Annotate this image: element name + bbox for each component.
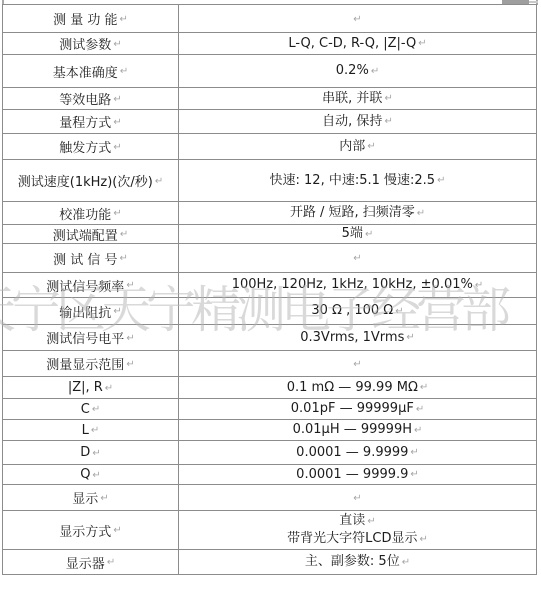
row-label: L — [82, 423, 89, 438]
row-value-cell: 0.1 mΩ — 99.99 MΩ↵ — [179, 377, 536, 398]
table-row: 测试参数↵L-Q, C-D, R-Q, |Z|-Q↵ — [3, 33, 536, 55]
row-label-cell: 测试速度(1kHz)(次/秒)↵ — [3, 160, 179, 201]
row-value: 30 Ω , 100 Ω — [311, 302, 393, 320]
paragraph-mark-icon: ↵ — [419, 535, 427, 545]
row-label: 输出阻抗 — [59, 302, 111, 321]
paragraph-mark-icon: ↵ — [120, 254, 128, 264]
paragraph-mark-icon: ↵ — [416, 405, 424, 415]
row-value-cell: L-Q, C-D, R-Q, |Z|-Q↵ — [179, 33, 536, 54]
paragraph-mark-icon: ↵ — [353, 15, 361, 25]
paragraph-mark-icon: ↵ — [418, 39, 426, 49]
paragraph-mark-icon: ↵ — [353, 254, 361, 264]
scrollbar-fragment-icon — [529, 1, 538, 3]
row-value: 0.3Vrms, 1Vrms — [300, 329, 404, 347]
paragraph-mark-icon: ↵ — [105, 384, 113, 394]
table-row: 显示器↵主、副参数: 5位↵ — [3, 550, 536, 574]
paragraph-mark-icon: ↵ — [113, 307, 121, 317]
row-value-cell: 串联, 并联↵ — [179, 88, 536, 109]
row-label: 显示方式 — [59, 521, 111, 540]
paragraph-mark-icon: ↵ — [353, 360, 361, 370]
row-label: 测 试 信 号 — [53, 249, 117, 268]
paragraph-mark-icon: ↵ — [113, 95, 121, 105]
row-value-cell: 30 Ω , 100 Ω↵ — [179, 298, 536, 324]
row-label-cell: 等效电路↵ — [3, 88, 179, 109]
paragraph-mark-icon: ↵ — [384, 117, 392, 127]
paragraph-mark-icon: ↵ — [155, 177, 163, 187]
row-value-cell: 自动, 保持↵ — [179, 110, 536, 133]
row-label-cell: L↵ — [3, 420, 179, 440]
row-value: 5端 — [342, 225, 363, 243]
table-row: 测 量 功 能↵↵ — [3, 5, 536, 33]
row-value-cell: ↵ — [179, 244, 536, 272]
paragraph-mark-icon: ↵ — [410, 448, 418, 458]
paragraph-mark-icon: ↵ — [417, 209, 425, 219]
row-value: 带背光大字符LCD显示 — [287, 530, 417, 548]
table-row: 量程方式↵自动, 保持↵ — [3, 110, 536, 134]
paragraph-mark-icon: ↵ — [420, 383, 428, 393]
row-label: 触发方式 — [59, 137, 111, 156]
row-value: 0.0001 — 9.9999 — [296, 444, 408, 462]
row-label: D — [80, 445, 90, 460]
paragraph-mark-icon: ↵ — [367, 142, 375, 152]
table-row: L↵0.01μH — 99999H↵ — [3, 420, 536, 441]
table-row: 校准功能↵开路 / 短路, 扫频清零↵ — [3, 202, 536, 225]
row-value: 0.0001 — 9999.9 — [296, 466, 408, 484]
paragraph-mark-icon: ↵ — [475, 281, 483, 291]
table-row: 测试端配置↵5端↵ — [3, 225, 536, 244]
table-row: 显示↵↵ — [3, 485, 536, 511]
row-label-cell: |Z|, R↵ — [3, 377, 179, 398]
row-label-cell: 量程方式↵ — [3, 110, 179, 133]
spec-table: 测 量 功 能↵↵测试参数↵L-Q, C-D, R-Q, |Z|-Q↵基本准确度… — [2, 4, 537, 575]
row-label-cell: 显示↵ — [3, 485, 179, 510]
row-label: Q — [80, 467, 90, 482]
paragraph-mark-icon: ↵ — [402, 558, 410, 568]
paragraph-mark-icon: ↵ — [92, 405, 100, 415]
paragraph-mark-icon: ↵ — [365, 230, 373, 240]
paragraph-mark-icon: ↵ — [120, 15, 128, 25]
row-label: 基本准确度 — [53, 62, 118, 81]
row-value-cell: 主、副参数: 5位↵ — [179, 550, 536, 574]
table-row: 测试速度(1kHz)(次/秒)↵快速: 12, 中速:5.1 慢速:2.5↵ — [3, 160, 536, 202]
row-label: 显示 — [72, 488, 98, 507]
row-value-cell: 0.0001 — 9999.9↵ — [179, 465, 536, 484]
row-label-cell: 测试信号频率↵ — [3, 273, 179, 297]
row-label-cell: Q↵ — [3, 465, 179, 484]
row-label-cell: 测量显示范围↵ — [3, 351, 179, 376]
table-row: D↵0.0001 — 9.9999↵ — [3, 441, 536, 465]
row-value: 自动, 保持 — [322, 113, 382, 131]
row-value-cell: 100Hz, 120Hz, 1kHz, 10kHz, ±0.01%↵ — [179, 273, 536, 297]
row-value-cell: ↵ — [179, 485, 536, 510]
row-label: |Z|, R — [68, 380, 103, 395]
row-value-cell: 0.01pF — 99999μF↵ — [179, 399, 536, 419]
table-row: 输出阻抗↵30 Ω , 100 Ω↵ — [3, 298, 536, 325]
paragraph-mark-icon: ↵ — [91, 426, 99, 436]
row-label: 测试参数 — [59, 34, 111, 53]
row-label-cell: 测 量 功 能↵ — [3, 5, 179, 32]
row-label-cell: 基本准确度↵ — [3, 55, 179, 87]
paragraph-mark-icon: ↵ — [410, 470, 418, 480]
row-label: 显示器 — [66, 553, 105, 572]
table-row: 测试信号频率↵100Hz, 120Hz, 1kHz, 10kHz, ±0.01%… — [3, 273, 536, 298]
paragraph-mark-icon: ↵ — [384, 94, 392, 104]
row-label: 等效电路 — [59, 89, 111, 108]
row-label-cell: 显示方式↵ — [3, 511, 179, 549]
row-value: 0.1 mΩ — 99.99 MΩ — [287, 379, 418, 397]
paragraph-mark-icon: ↵ — [113, 209, 121, 219]
row-label-cell: 测试端配置↵ — [3, 225, 179, 243]
row-value: 0.01pF — 99999μF — [291, 400, 414, 418]
table-row: 测量显示范围↵↵ — [3, 351, 536, 377]
row-label: 测量显示范围 — [46, 354, 124, 373]
paragraph-mark-icon: ↵ — [113, 40, 121, 50]
row-value: 串联, 并联 — [322, 90, 382, 108]
row-value-cell: 内部↵ — [179, 134, 536, 159]
row-value: 100Hz, 120Hz, 1kHz, 10kHz, ±0.01% — [232, 276, 473, 294]
paragraph-mark-icon: ↵ — [126, 334, 134, 344]
paragraph-mark-icon: ↵ — [120, 230, 128, 240]
row-value-cell: ↵ — [179, 5, 536, 32]
table-row: 测试信号电平↵0.3Vrms, 1Vrms↵ — [3, 325, 536, 351]
paragraph-mark-icon: ↵ — [126, 281, 134, 291]
row-label: 校准功能 — [59, 204, 111, 223]
paragraph-mark-icon: ↵ — [437, 176, 445, 186]
paragraph-mark-icon: ↵ — [371, 67, 379, 77]
row-label-cell: 测试信号电平↵ — [3, 325, 179, 350]
paragraph-mark-icon: ↵ — [107, 558, 115, 568]
row-value-cell: 直读↵带背光大字符LCD显示↵ — [179, 511, 536, 549]
row-label-cell: 测 试 信 号↵ — [3, 244, 179, 272]
paragraph-mark-icon: ↵ — [113, 143, 121, 153]
row-value: 直读 — [339, 512, 365, 530]
table-row: Q↵0.0001 — 9999.9↵ — [3, 465, 536, 485]
table-row: 基本准确度↵0.2%↵ — [3, 55, 536, 88]
row-value: 0.01μH — 99999H — [293, 421, 412, 439]
row-label: 测试端配置 — [53, 225, 118, 244]
table-row: 等效电路↵串联, 并联↵ — [3, 88, 536, 110]
row-value: 内部 — [339, 138, 365, 156]
paragraph-mark-icon: ↵ — [113, 526, 121, 536]
row-value: L-Q, C-D, R-Q, |Z|-Q — [288, 35, 416, 53]
table-row: 触发方式↵内部↵ — [3, 134, 536, 160]
paragraph-mark-icon: ↵ — [92, 449, 100, 459]
row-label: C — [81, 402, 90, 417]
row-label-cell: D↵ — [3, 441, 179, 464]
row-value-cell: 5端↵ — [179, 225, 536, 243]
row-value: 快速: 12, 中速:5.1 慢速:2.5 — [270, 172, 436, 190]
row-value-cell: 0.3Vrms, 1Vrms↵ — [179, 325, 536, 350]
row-value: 主、副参数: 5位 — [305, 553, 400, 571]
table-row: 显示方式↵直读↵带背光大字符LCD显示↵ — [3, 511, 536, 550]
row-label: 测试速度(1kHz)(次/秒) — [18, 171, 153, 190]
paragraph-mark-icon: ↵ — [113, 118, 121, 128]
table-row: |Z|, R↵0.1 mΩ — 99.99 MΩ↵ — [3, 377, 536, 399]
paragraph-mark-icon: ↵ — [92, 471, 100, 481]
row-label-cell: C↵ — [3, 399, 179, 419]
row-value-cell: 快速: 12, 中速:5.1 慢速:2.5↵ — [179, 160, 536, 201]
row-label-cell: 触发方式↵ — [3, 134, 179, 159]
row-label-cell: 显示器↵ — [3, 550, 179, 574]
row-value-cell: 0.0001 — 9.9999↵ — [179, 441, 536, 464]
paragraph-mark-icon: ↵ — [353, 494, 361, 504]
spec-sheet-page: 测 量 功 能↵↵测试参数↵L-Q, C-D, R-Q, |Z|-Q↵基本准确度… — [0, 0, 541, 596]
paragraph-mark-icon: ↵ — [406, 333, 414, 343]
row-value-cell: ↵ — [179, 351, 536, 376]
table-row: C↵0.01pF — 99999μF↵ — [3, 399, 536, 420]
row-value: 开路 / 短路, 扫频清零 — [290, 204, 415, 222]
row-value: 0.2% — [336, 62, 369, 80]
paragraph-mark-icon: ↵ — [367, 517, 375, 527]
row-label-cell: 校准功能↵ — [3, 202, 179, 224]
row-label-cell: 测试参数↵ — [3, 33, 179, 54]
row-label: 测试信号电平 — [46, 328, 124, 347]
paragraph-mark-icon: ↵ — [395, 307, 403, 317]
row-label: 测试信号频率 — [46, 276, 124, 295]
paragraph-mark-icon: ↵ — [120, 67, 128, 77]
row-label: 测 量 功 能 — [53, 9, 117, 28]
paragraph-mark-icon: ↵ — [126, 360, 134, 370]
row-value-cell: 0.01μH — 99999H↵ — [179, 420, 536, 440]
row-value-cell: 0.2%↵ — [179, 55, 536, 87]
row-label: 量程方式 — [59, 112, 111, 131]
row-label-cell: 输出阻抗↵ — [3, 298, 179, 324]
paragraph-mark-icon: ↵ — [414, 426, 422, 436]
paragraph-mark-icon: ↵ — [100, 494, 108, 504]
row-value-cell: 开路 / 短路, 扫频清零↵ — [179, 202, 536, 224]
table-row: 测 试 信 号↵↵ — [3, 244, 536, 273]
